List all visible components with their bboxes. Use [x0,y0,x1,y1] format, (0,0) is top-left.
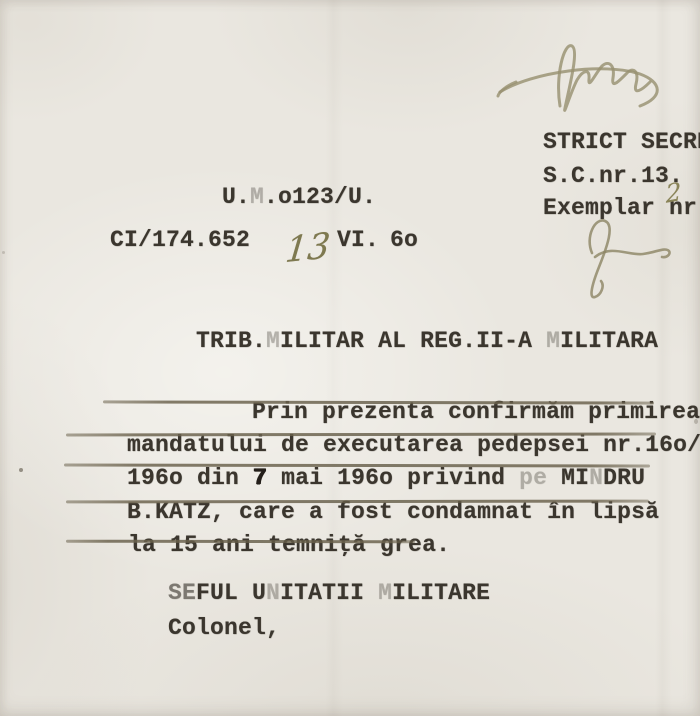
registry-number: CI/174.652 [54,203,250,279]
handwritten-annotation-72 [580,213,690,305]
paper-speck [19,468,23,472]
document-page: STRICT SECRET S.C.nr.13. Exemplar nr... … [0,0,700,716]
signature-rank: Colonel, [112,591,280,667]
document-title: TRIB.MILITAR AL REG.II-A MILITARA [140,304,658,380]
paper-speck [694,419,698,424]
paper-speck [2,251,5,254]
date-year: 6o [334,203,418,279]
typed-underline-5 [66,540,415,544]
typed-underline-1 [103,400,654,404]
